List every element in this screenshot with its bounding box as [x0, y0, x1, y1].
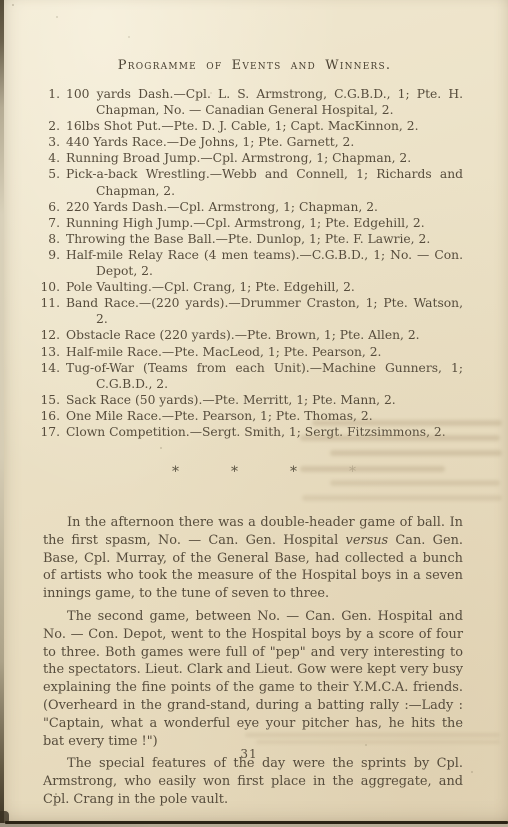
event-number: 2.	[40, 118, 60, 134]
asterisk: *	[231, 465, 238, 480]
event-item: 13.Half-mile Race.—Pte. MacLeod, 1; Pte.…	[46, 344, 463, 360]
show-through-smudge	[300, 435, 500, 441]
page-left-edge	[0, 0, 4, 827]
event-text: Sack Race (50 yards).—Pte. Merritt, 1; P…	[66, 393, 396, 407]
paragraph-segment: The special features of the day were the…	[43, 756, 463, 807]
event-item: 8.Throwing the Base Ball.—Pte. Dunlop, 1…	[46, 231, 463, 247]
show-through-smudge	[330, 450, 502, 456]
event-text: Tug-of-War (Teams from each Unit).—Machi…	[66, 361, 463, 391]
event-number: 10.	[40, 279, 60, 295]
page-number: 31	[0, 747, 498, 761]
event-number: 15.	[40, 392, 60, 408]
event-number: 13.	[40, 344, 60, 360]
event-number: 3.	[40, 134, 60, 150]
event-number: 1.	[40, 86, 60, 102]
event-text: 220 Yards Dash.—Cpl. Armstrong, 1; Chapm…	[66, 200, 378, 214]
event-text: 440 Yards Race.—De Johns, 1; Pte. Garnet…	[66, 135, 354, 149]
paragraph-segment-italic: versus	[346, 533, 389, 548]
event-item: 14.Tug-of-War (Teams from each Unit).—Ma…	[46, 360, 463, 392]
event-item: 9.Half-mile Relay Race (4 men teams).—C.…	[46, 247, 463, 279]
book-page: Programme of Events and Winners. 1.100 y…	[0, 0, 508, 827]
event-item: 6.220 Yards Dash.—Cpl. Armstrong, 1; Cha…	[46, 199, 463, 215]
event-text: Half-mile Relay Race (4 men teams).—C.G.…	[66, 248, 463, 278]
event-text: Obstacle Race (220 yards).—Pte. Brown, 1…	[66, 328, 420, 342]
show-through-smudge	[245, 733, 500, 737]
event-item: 12.Obstacle Race (220 yards).—Pte. Brown…	[46, 327, 463, 343]
body-text: In the afternoon there was a double-head…	[43, 514, 463, 809]
paragraph: The special features of the day were the…	[43, 755, 463, 808]
event-number: 17.	[40, 424, 60, 440]
event-item: 3.440 Yards Race.—De Johns, 1; Pte. Garn…	[46, 134, 463, 150]
show-through-smudge	[256, 740, 500, 744]
event-text: Pick-a-back Wrestling.—Webb and Connell,…	[66, 167, 463, 197]
paragraph: The second game, between No. — Can. Gen.…	[43, 608, 463, 750]
show-through-smudge	[312, 420, 502, 426]
event-number: 4.	[40, 150, 60, 166]
event-item: 2.16lbs Shot Put.—Pte. D. J. Cable, 1; C…	[46, 118, 463, 134]
event-text: Half-mile Race.—Pte. MacLeod, 1; Pte. Pe…	[66, 345, 381, 359]
event-item: 10.Pole Vaulting.—Cpl. Crang, 1; Pte. Ed…	[46, 279, 463, 295]
asterisk: *	[172, 465, 179, 480]
show-through-smudge	[300, 466, 445, 472]
paper-specks	[0, 0, 2, 2]
event-number: 5.	[40, 166, 60, 182]
event-text: Pole Vaulting.—Cpl. Crang, 1; Pte. Edgeh…	[66, 280, 355, 294]
event-number: 16.	[40, 408, 60, 424]
show-through-smudge	[302, 495, 502, 501]
event-item: 1.100 yards Dash.—Cpl. L. S. Armstrong, …	[46, 86, 463, 118]
page-title: Programme of Events and Winners.	[46, 58, 463, 73]
event-number: 6.	[40, 199, 60, 215]
event-number: 11.	[40, 295, 60, 311]
event-number: 12.	[40, 327, 60, 343]
show-through-smudge	[330, 480, 500, 486]
event-item: 4.Running Broad Jump.—Cpl. Armstrong, 1;…	[46, 150, 463, 166]
paragraph-segment: The second game, between No. — Can. Gen.…	[43, 609, 463, 749]
event-text: Running Broad Jump.—Cpl. Armstrong, 1; C…	[66, 151, 411, 165]
event-number: 9.	[40, 247, 60, 263]
event-text: 16lbs Shot Put.—Pte. D. J. Cable, 1; Cap…	[66, 119, 418, 133]
event-item: 5.Pick-a-back Wrestling.—Webb and Connel…	[46, 166, 463, 198]
event-item: 15.Sack Race (50 yards).—Pte. Merritt, 1…	[46, 392, 463, 408]
event-number: 8.	[40, 231, 60, 247]
event-number: 7.	[40, 215, 60, 231]
events-list: 1.100 yards Dash.—Cpl. L. S. Armstrong, …	[46, 86, 463, 440]
event-item: 11.Band Race.—(220 yards).—Drummer Crast…	[46, 295, 463, 327]
event-text: Running High Jump.—Cpl. Armstrong, 1; Pt…	[66, 216, 425, 230]
event-text: Throwing the Base Ball.—Pte. Dunlop, 1; …	[66, 232, 430, 246]
event-item: 7.Running High Jump.—Cpl. Armstrong, 1; …	[46, 215, 463, 231]
event-text: Band Race.—(220 yards).—Drummer Craston,…	[66, 296, 463, 326]
page-bottom-edge	[5, 821, 508, 824]
asterisk: *	[290, 465, 297, 480]
event-text: 100 yards Dash.—Cpl. L. S. Armstrong, C.…	[66, 87, 463, 117]
paragraph: In the afternoon there was a double-head…	[43, 514, 463, 603]
event-number: 14.	[40, 360, 60, 376]
